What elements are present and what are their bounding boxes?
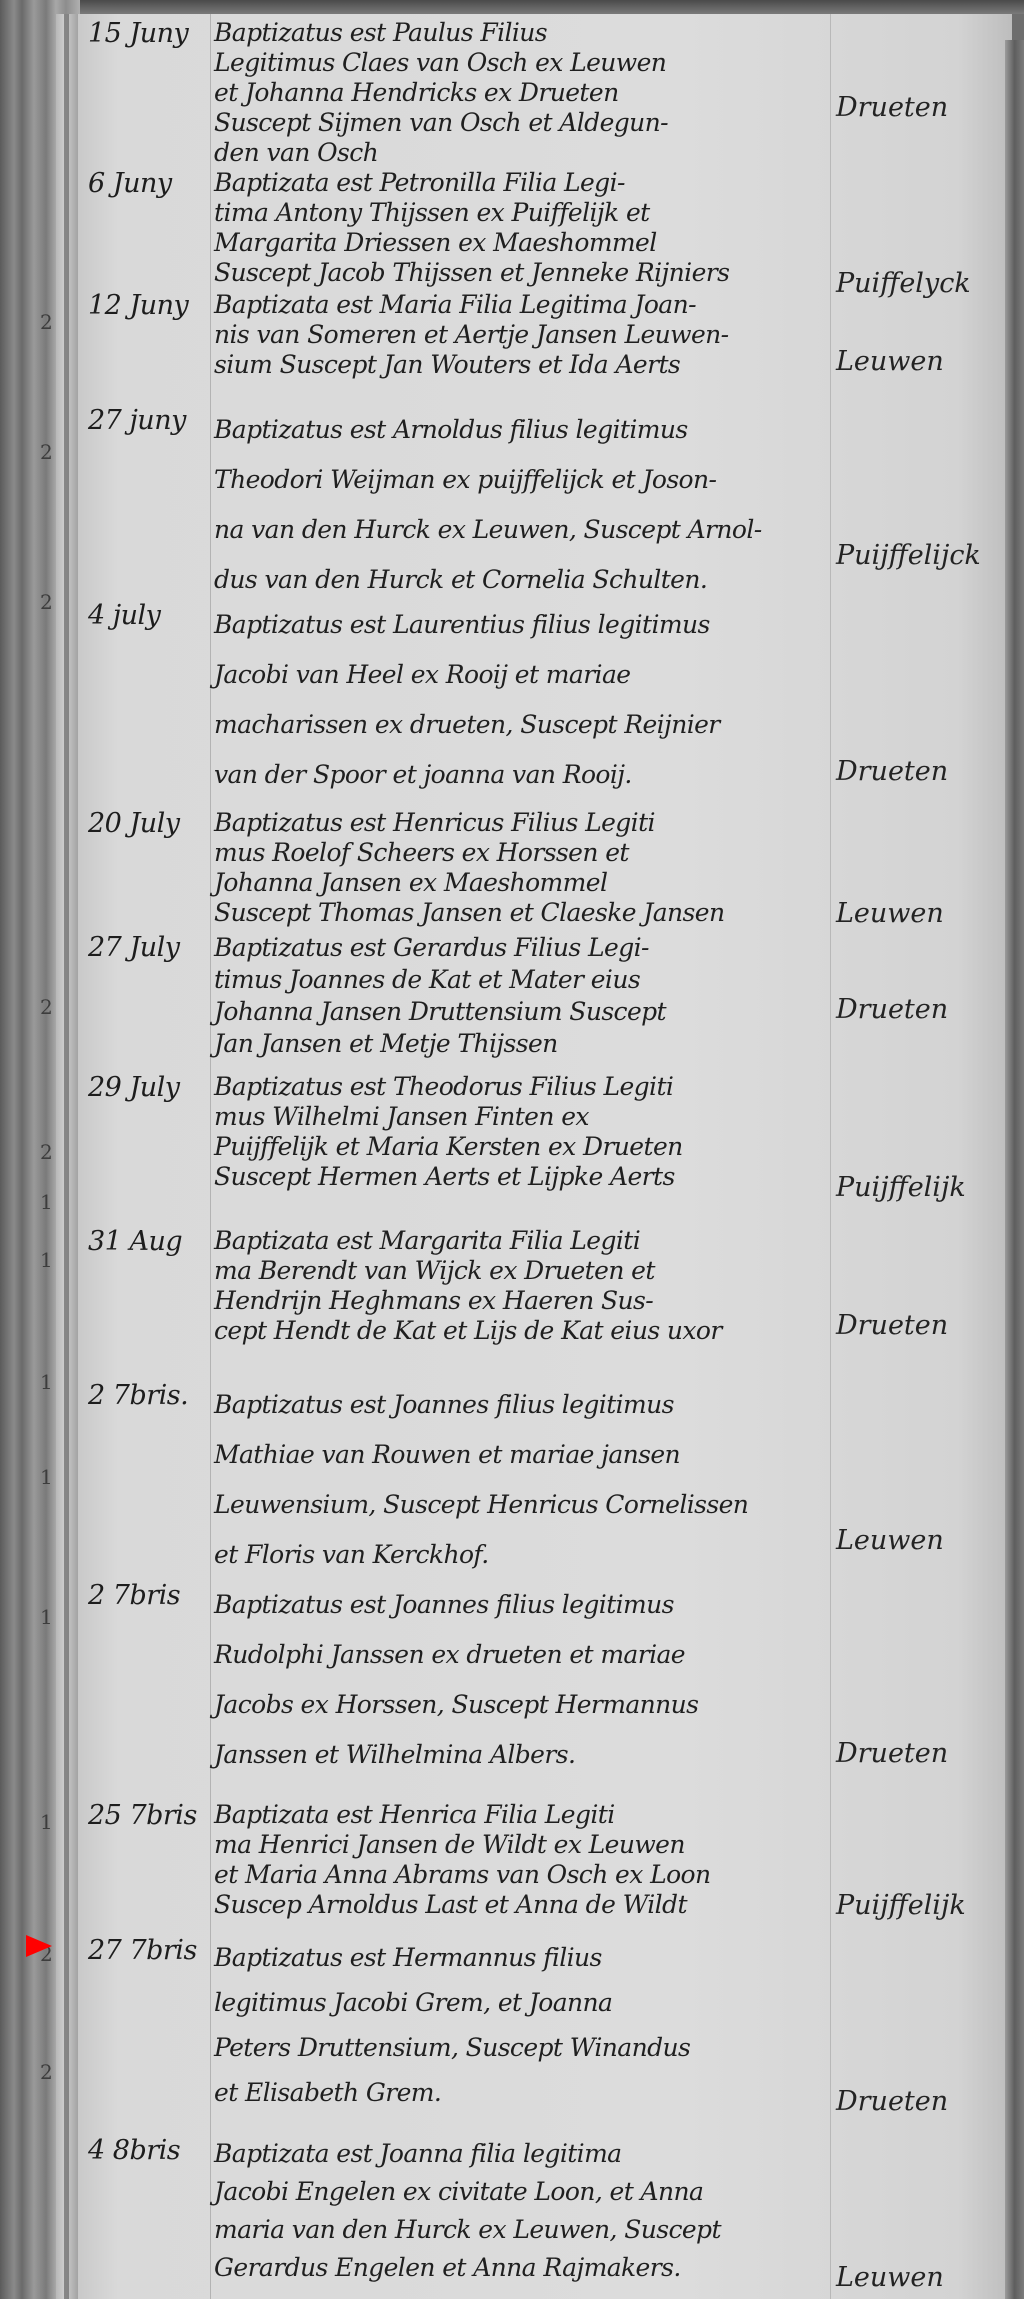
entry-line: Margarita Driessen ex Maeshommel	[214, 228, 824, 258]
entry-line: Baptizatus est Henricus Filius Legiti	[214, 808, 824, 838]
entry-line: Baptizata est Margarita Filia Legiti	[214, 1226, 824, 1256]
margin-number: 1	[40, 1810, 53, 1834]
entry-date: 2 7bris	[88, 1580, 206, 1611]
entry-line: et Floris van Kerckhof.	[214, 1530, 824, 1580]
entry-date: 20 July	[88, 808, 206, 839]
entry-line: mus Wilhelmi Jansen Finten ex	[214, 1102, 824, 1132]
entry-line: mus Roelof Scheers ex Horssen et	[214, 838, 824, 868]
entry-date: 4 8bris	[88, 2135, 206, 2166]
entry-date: 25 7bris	[88, 1800, 206, 1831]
entry-text: Baptizata est Joanna filia legitimaJacob…	[214, 2135, 824, 2287]
entry-line: Johanna Jansen Druttensium Suscept	[214, 996, 824, 1028]
margin-number: 2	[40, 590, 53, 614]
margin-number: 1	[40, 1465, 53, 1489]
margin-number: 2	[40, 995, 53, 1019]
entry-place: Puijffelijk	[836, 1890, 1016, 1921]
entry-place: Leuwen	[836, 898, 1016, 929]
entry-text: Baptizatus est Paulus FiliusLegitimus Cl…	[214, 18, 824, 168]
red-triangle-pointer-icon	[26, 1935, 52, 1957]
entry-line: Baptizatus est Hermannus filius	[214, 1935, 824, 1980]
entry-line: Baptizatus est Gerardus Filius Legi-	[214, 932, 824, 964]
entry-line: Theodori Weijman ex puijffelijck et Joso…	[214, 455, 824, 505]
entry-line: tima Antony Thijssen ex Puiffelijk et	[214, 198, 824, 228]
entry-date: 12 Juny	[88, 290, 206, 321]
margin-number: 1	[40, 1248, 53, 1272]
entry-place: Puijffelijck	[836, 540, 1016, 571]
entry-date: 2 7bris.	[88, 1380, 206, 1411]
entry-text: Baptizatus est Arnoldus filius legitimus…	[214, 405, 824, 605]
entry-date: 6 Juny	[88, 168, 206, 199]
entry-line: Jan Jansen et Metje Thijssen	[214, 1028, 824, 1060]
entry-text: Baptizatus est Gerardus Filius Legi-timu…	[214, 932, 824, 1060]
entry-line: legitimus Jacobi Grem, et Joanna	[214, 1980, 824, 2025]
margin-number: 1	[40, 1370, 53, 1394]
entry-line: Mathiae van Rouwen et mariae jansen	[214, 1430, 824, 1480]
entry-line: macharissen ex drueten, Suscept Reijnier	[214, 700, 824, 750]
entry-line: Baptizatus est Joannes filius legitimus	[214, 1380, 824, 1430]
entry-place: Leuwen	[836, 346, 1016, 377]
entry-text: Baptizata est Petronilla Filia Legi-tima…	[214, 168, 824, 288]
entry-line: maria van den Hurck ex Leuwen, Suscept	[214, 2211, 824, 2249]
entry-place: Drueten	[836, 994, 1016, 1025]
entry-line: Baptizatus est Arnoldus filius legitimus	[214, 405, 824, 455]
entry-line: Suscept Sijmen van Osch et Aldegun-	[214, 108, 824, 138]
entry-line: ma Henrici Jansen de Wildt ex Leuwen	[214, 1830, 824, 1860]
entry-place: Drueten	[836, 1310, 1016, 1341]
margin-number: 2	[40, 2060, 53, 2084]
entry-line: Suscep Arnoldus Last et Anna de Wildt	[214, 1890, 824, 1920]
entry-line: Suscept Hermen Aerts et Lijpke Aerts	[214, 1162, 824, 1192]
entry-line: Puijffelijk et Maria Kersten ex Drueten	[214, 1132, 824, 1162]
margin-number: 1	[40, 1190, 53, 1214]
entry-date: 29 July	[88, 1072, 206, 1103]
page-right-edge	[1005, 40, 1024, 2299]
margin-number: 1	[40, 1605, 53, 1629]
entry-place: Puijffelijk	[836, 1172, 1016, 1203]
entry-text: Baptizatus est Theodorus Filius Legitimu…	[214, 1072, 824, 1192]
entry-line: cept Hendt de Kat et Lijs de Kat eius ux…	[214, 1316, 824, 1346]
entry-place: Drueten	[836, 1738, 1016, 1769]
entry-line: Hendrijn Heghmans ex Haeren Sus-	[214, 1286, 824, 1316]
margin-number: 2	[40, 440, 53, 464]
entry-line: Baptizata est Maria Filia Legitima Joan-	[214, 290, 824, 320]
entry-line: Baptizatus est Joannes filius legitimus	[214, 1580, 824, 1630]
entry-place: Drueten	[836, 92, 1016, 123]
entry-line: Janssen et Wilhelmina Albers.	[214, 1730, 824, 1780]
page-top-edge	[0, 0, 1024, 14]
entry-line: Rudolphi Janssen ex drueten et mariae	[214, 1630, 824, 1680]
entry-text: Baptizatus est Joannes filius legitimusM…	[214, 1380, 824, 1580]
entry-line: ma Berendt van Wijck ex Drueten et	[214, 1256, 824, 1286]
entry-text: Baptizatus est Joannes filius legitimusR…	[214, 1580, 824, 1780]
entry-text: Baptizatus est Henricus Filius Legitimus…	[214, 808, 824, 928]
entry-text: Baptizatus est Hermannus filiuslegitimus…	[214, 1935, 824, 2115]
entry-line: den van Osch	[214, 138, 824, 168]
entry-line: Jacobi van Heel ex Rooij et mariae	[214, 650, 824, 700]
entry-line: Gerardus Engelen et Anna Rajmakers.	[214, 2249, 824, 2287]
entry-place: Puiffelyck	[836, 268, 1016, 299]
entry-date: 31 Aug	[88, 1226, 206, 1257]
place-column-rule	[830, 14, 831, 2299]
entry-line: na van den Hurck ex Leuwen, Suscept Arno…	[214, 505, 824, 555]
entry-line: Jacobi Engelen ex civitate Loon, et Anna	[214, 2173, 824, 2211]
entry-text: Baptizata est Maria Filia Legitima Joan-…	[214, 290, 824, 380]
entry-date: 4 july	[88, 600, 206, 631]
entry-line: Suscept Thomas Jansen et Claeske Jansen	[214, 898, 824, 928]
entry-line: sium Suscept Jan Wouters et Ida Aerts	[214, 350, 824, 380]
entry-text: Baptizata est Margarita Filia Legitima B…	[214, 1226, 824, 1346]
entry-line: Baptizatus est Paulus Filius	[214, 18, 824, 48]
entry-line: Baptizata est Joanna filia legitima	[214, 2135, 824, 2173]
entry-line: Baptizatus est Laurentius filius legitim…	[214, 600, 824, 650]
entry-line: et Elisabeth Grem.	[214, 2070, 824, 2115]
entry-line: Johanna Jansen ex Maeshommel	[214, 868, 824, 898]
entry-line: Peters Druttensium, Suscept Winandus	[214, 2025, 824, 2070]
margin-number: 2	[40, 310, 53, 334]
entry-line: Leuwensium, Suscept Henricus Cornelissen	[214, 1480, 824, 1530]
entry-line: nis van Someren et Aertje Jansen Leuwen-	[214, 320, 824, 350]
entry-place: Drueten	[836, 2086, 1016, 2117]
entry-text: Baptizatus est Laurentius filius legitim…	[214, 600, 824, 800]
entry-line: Suscept Jacob Thijssen et Jenneke Rijnie…	[214, 258, 824, 288]
entry-place: Leuwen	[836, 1525, 1016, 1556]
entry-line: Baptizata est Petronilla Filia Legi-	[214, 168, 824, 198]
entry-line: dus van den Hurck et Cornelia Schulten.	[214, 555, 824, 605]
entry-date: 27 juny	[88, 405, 206, 436]
fold-line	[64, 14, 69, 2299]
entry-place: Leuwen	[836, 2262, 1016, 2293]
entry-line: et Johanna Hendricks ex Drueten	[214, 78, 824, 108]
entry-line: Baptizatus est Theodorus Filius Legiti	[214, 1072, 824, 1102]
entry-date: 27 7bris	[88, 1935, 206, 1966]
entry-text: Baptizata est Henrica Filia Legitima Hen…	[214, 1800, 824, 1920]
entry-line: timus Joannes de Kat et Mater eius	[214, 964, 824, 996]
entry-line: Baptizata est Henrica Filia Legiti	[214, 1800, 824, 1830]
entry-place: Drueten	[836, 756, 1016, 787]
entry-line: Legitimus Claes van Osch ex Leuwen	[214, 48, 824, 78]
entry-date: 15 Juny	[88, 18, 206, 49]
entry-date: 27 July	[88, 932, 206, 963]
entry-line: Jacobs ex Horssen, Suscept Hermannus	[214, 1680, 824, 1730]
entry-line: et Maria Anna Abrams van Osch ex Loon	[214, 1860, 824, 1890]
entry-line: van der Spoor et joanna van Rooij.	[214, 750, 824, 800]
date-column-rule	[210, 14, 211, 2299]
margin-number: 2	[40, 1140, 53, 1164]
